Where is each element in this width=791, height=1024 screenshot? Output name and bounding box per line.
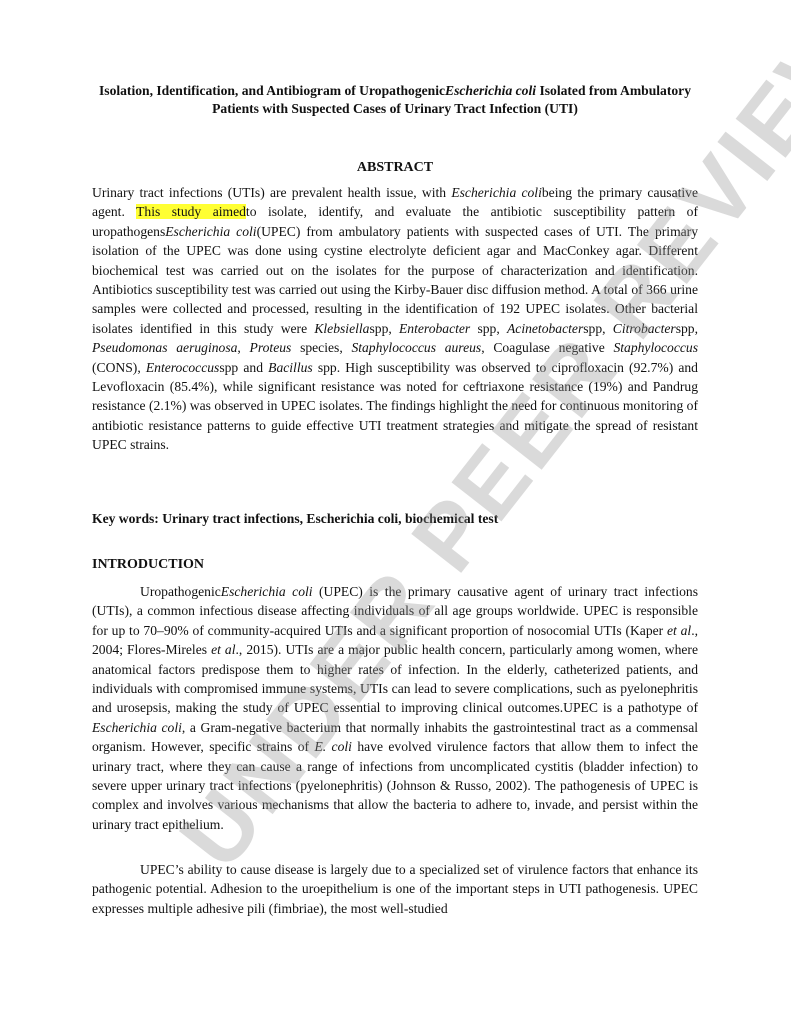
abstract-italic: Klebsiella <box>314 321 369 336</box>
introduction-paragraph-1: UropathogenicEscherichia coli (UPEC) is … <box>92 582 698 834</box>
document-page: Isolation, Identification, and Antibiogr… <box>0 0 791 1024</box>
introduction-paragraph-2: UPEC’s ability to cause disease is large… <box>92 860 698 918</box>
highlighted-text: This study aimed <box>136 204 246 219</box>
abstract-italic: Proteus <box>250 340 292 355</box>
abstract-italic: Staphylococcus <box>613 340 698 355</box>
abstract-italic: Staphylococcus aureus <box>351 340 481 355</box>
abstract-italic: Enterobacter <box>399 321 470 336</box>
intro-italic: Escherichia coli <box>221 584 313 599</box>
abstract-body: Urinary tract infections (UTIs) are prev… <box>92 183 698 455</box>
abstract-text: , Coagulase negative <box>481 340 613 355</box>
title-italic-species: Escherichia coli <box>445 83 536 98</box>
abstract-text: spp, <box>676 321 698 336</box>
abstract-italic: Escherichia coli <box>165 224 256 239</box>
abstract-text: spp, <box>369 321 399 336</box>
abstract-text: (CONS), <box>92 360 146 375</box>
abstract-italic: Escherichia coli <box>451 185 542 200</box>
abstract-text: Urinary tract infections (UTIs) are prev… <box>92 185 451 200</box>
intro-italic: et al <box>667 623 691 638</box>
abstract-text: spp and <box>219 360 268 375</box>
abstract-italic: Acinetobacter <box>507 321 583 336</box>
abstract-heading: ABSTRACT <box>92 159 698 177</box>
abstract-text: (UPEC) from ambulatory patients with sus… <box>92 224 698 336</box>
abstract-italic: Citrobacter <box>613 321 676 336</box>
abstract-text: spp, <box>583 321 613 336</box>
intro-italic: E. coli <box>314 739 351 754</box>
keywords: Key words: Urinary tract infections, Esc… <box>92 510 698 528</box>
abstract-text: spp, <box>470 321 507 336</box>
title-text: Isolation, Identification, and Antibiogr… <box>99 83 445 98</box>
abstract-text: species, <box>291 340 351 355</box>
abstract-italic: Pseudomonas aeruginosa <box>92 340 237 355</box>
abstract-text: , <box>237 340 249 355</box>
intro-italic: et al <box>211 642 235 657</box>
abstract-italic: Enterococcus <box>146 360 219 375</box>
introduction-heading: INTRODUCTION <box>92 556 204 574</box>
abstract-italic: Bacillus <box>268 360 313 375</box>
intro-italic: Escherichia coli <box>92 720 182 735</box>
paper-title: Isolation, Identification, and Antibiogr… <box>92 82 698 118</box>
intro-text: Uropathogenic <box>140 584 221 599</box>
